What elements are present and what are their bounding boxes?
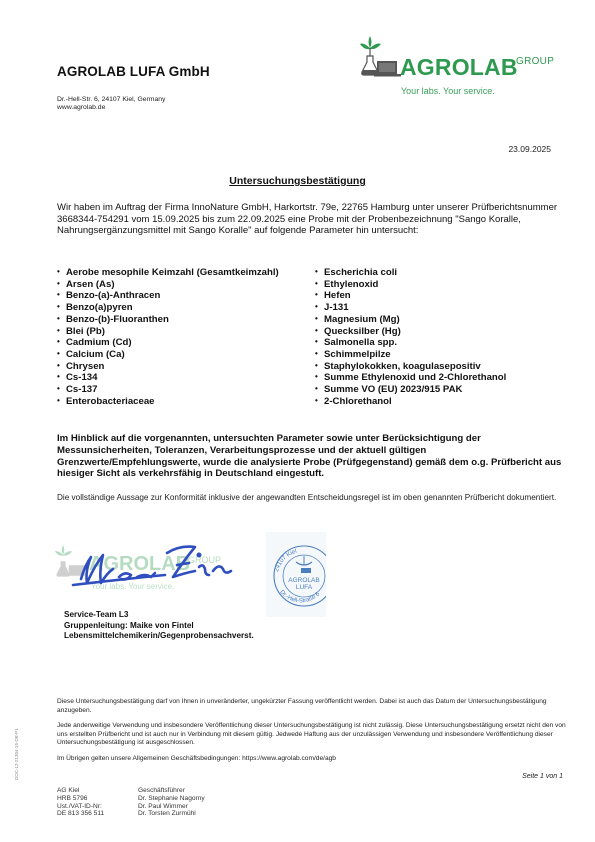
- parameter-item: Chrysen: [57, 361, 279, 373]
- notice-terms: Im Übrigen gelten unsere Allgemeinen Ges…: [57, 755, 572, 764]
- company-name: AGROLAB LUFA GmbH: [57, 64, 210, 79]
- parameter-item: Quecksilber (Hg): [315, 326, 506, 338]
- parameter-item: Calcium (Ca): [57, 349, 279, 361]
- parameter-item: Ethylenoxid: [315, 279, 506, 291]
- footer-director: Dr. Paul Wimmer: [138, 803, 205, 811]
- footer-court: AG Kiel: [57, 787, 104, 795]
- footer-director: Dr. Torsten Zurmühl: [138, 810, 205, 818]
- parameter-item: Summe VO (EU) 2023/915 PAK: [315, 384, 506, 396]
- group-lead: Gruppenleitung: Maike von Fintel: [64, 621, 254, 632]
- svg-text:AGROLAB: AGROLAB: [288, 577, 319, 584]
- parameter-item: Aerobe mesophile Keimzahl (Gesamtkeimzah…: [57, 267, 279, 279]
- parameter-item: Escherichia coli: [315, 267, 506, 279]
- conformity-note: Die vollständige Aussage zur Konformität…: [57, 493, 572, 504]
- signatory-block: Service-Team L3 Gruppenleitung: Maike vo…: [64, 610, 254, 642]
- conclusion-paragraph: Im Hinblick auf die vorgenannten, unters…: [57, 433, 572, 480]
- parameter-item: Arsen (As): [57, 279, 279, 291]
- notice-restriction: Jede anderweitige Verwendung und insbeso…: [57, 722, 572, 748]
- company-stamp: 24107 Kiel Dr.-Hell-Straße 6 AGROLAB LUF…: [266, 532, 326, 617]
- footer-vat-number: DE 813 356 511: [57, 810, 104, 818]
- service-team: Service-Team L3: [64, 610, 254, 621]
- handwritten-signature: [55, 535, 265, 605]
- signatory-role: Lebensmittelchemikerin/Gegenprobensachve…: [64, 631, 254, 642]
- parameter-item: Cadmium (Cd): [57, 337, 279, 349]
- footer-hrb: HRB 5796: [57, 795, 104, 803]
- stamp-seal: 24107 Kiel Dr.-Hell-Straße 6 AGROLAB LUF…: [266, 532, 326, 617]
- parameter-item: Hefen: [315, 290, 506, 302]
- document-code: DOC-12-21304-15-DE-P1: [14, 728, 19, 780]
- parameter-item: Schimmelpilze: [315, 349, 506, 361]
- document-date: 23.09.2025: [508, 144, 551, 154]
- footer-registry: AG Kiel HRB 5796 Ust./VAT-ID-Nr: DE 813 …: [57, 787, 104, 818]
- document-title: Untersuchungsbestätigung: [0, 175, 595, 187]
- parameter-item: Magnesium (Mg): [315, 314, 506, 326]
- logo-tagline: Your labs. Your service.: [401, 86, 495, 96]
- parameter-item: Salmonella spp.: [315, 337, 506, 349]
- svg-text:LUFA: LUFA: [296, 584, 313, 591]
- parameter-item: Enterobacteriaceae: [57, 396, 279, 408]
- plant-flask-laptop-icon: [360, 34, 402, 80]
- document-title-text: Untersuchungsbestätigung: [229, 175, 366, 187]
- parameter-item: Cs-137: [57, 384, 279, 396]
- notice-publication: Diese Untersuchungsbestätigung darf von …: [57, 698, 572, 715]
- signature-area: AGROLAB GROUP Your labs. Your service.: [55, 535, 275, 605]
- parameter-item: Staphylokokken, koagulasepositiv: [315, 361, 506, 373]
- page-number: Seite 1 von 1: [522, 773, 563, 780]
- footer-vat-label: Ust./VAT-ID-Nr:: [57, 803, 104, 811]
- address-street: Dr.-Hell-Str. 6, 24107 Kiel, Germany: [57, 96, 165, 104]
- parameter-item: J-131: [315, 302, 506, 314]
- parameter-item: Benzo(a)pyren: [57, 302, 279, 314]
- logo-group-label: GROUP: [516, 56, 554, 67]
- parameter-list-left: Aerobe mesophile Keimzahl (Gesamtkeimzah…: [57, 267, 279, 407]
- company-website: www.agrolab.de: [57, 104, 165, 112]
- parameter-item: Blei (Pb): [57, 326, 279, 338]
- parameter-item: Cs-134: [57, 372, 279, 384]
- logo-wordmark: AGROLAB: [400, 54, 518, 81]
- parameter-item: Benzo-(b)-Fluoranthen: [57, 314, 279, 326]
- legal-notices: Diese Untersuchungsbestätigung darf von …: [57, 698, 572, 771]
- intro-paragraph: Wir haben im Auftrag der Firma InnoNatur…: [57, 202, 567, 237]
- company-address: Dr.-Hell-Str. 6, 24107 Kiel, Germany www…: [57, 96, 165, 112]
- parameter-item: Summe Ethylenoxid und 2-Chlorethanol: [315, 372, 506, 384]
- parameter-item: 2-Chlorethanol: [315, 396, 506, 408]
- footer-management-label: Geschäftsführer: [138, 787, 205, 795]
- parameter-list-right: Escherichia coliEthylenoxidHefenJ-131Mag…: [315, 267, 506, 407]
- agrolab-group-logo: AGROLAB GROUP Your labs. Your service.: [360, 34, 570, 104]
- footer-management: Geschäftsführer Dr. Stephanie Nagorny Dr…: [138, 787, 205, 818]
- footer-director: Dr. Stephanie Nagorny: [138, 795, 205, 803]
- parameter-item: Benzo-(a)-Anthracen: [57, 290, 279, 302]
